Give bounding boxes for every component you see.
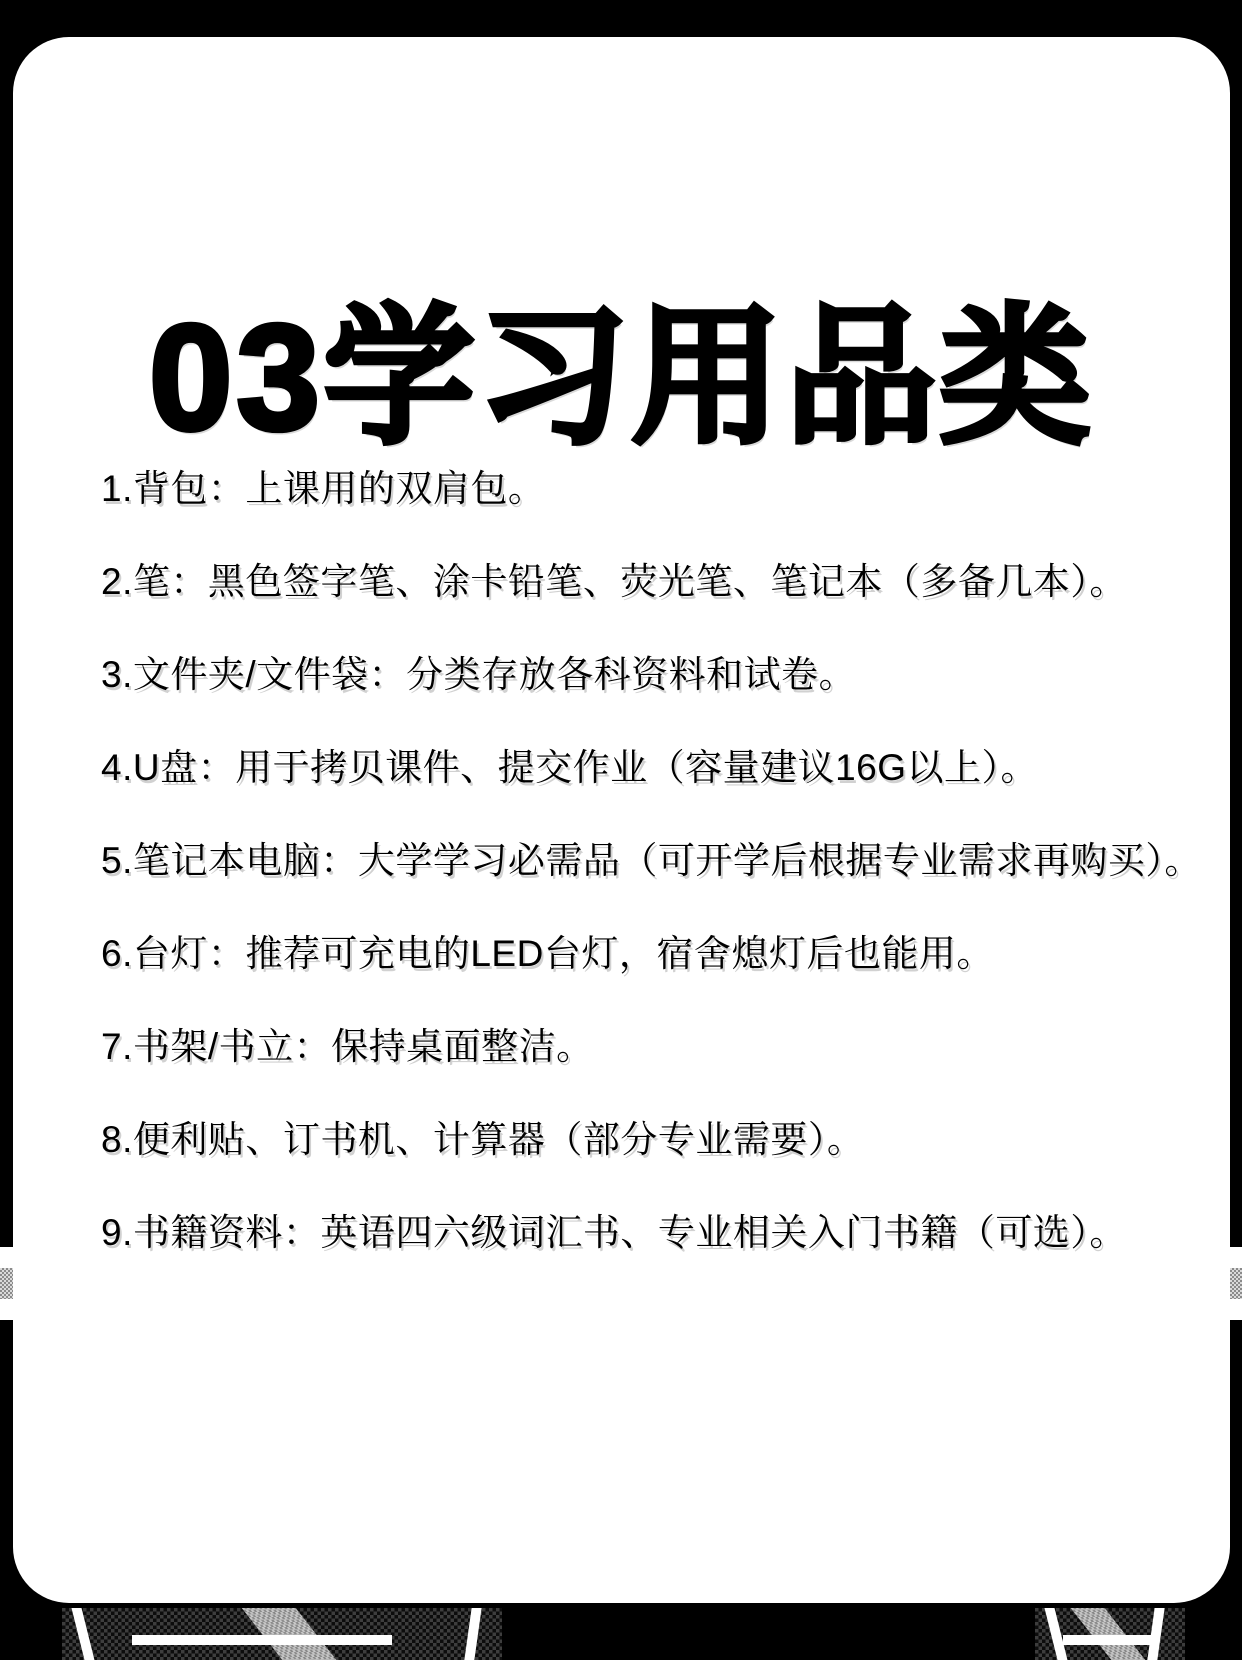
list-item-6: 6.台灯：推荐可充电的LED台灯，宿舍熄灯后也能用。 (101, 934, 1190, 974)
list-item-7: 7.书架/书立：保持桌面整洁。 (101, 1027, 1190, 1067)
list-item-5: 5.笔记本电脑：大学学习必需品（可开学后根据专业需求再购买）。 (101, 841, 1190, 881)
dither-texture (1230, 1268, 1242, 1299)
background-photo-fragment-bottom-left (62, 1608, 502, 1660)
list-item-9: 9.书籍资料：英语四六级词汇书、专业相关入门书籍（可选）。 (101, 1213, 1190, 1253)
list-item-1: 1.背包：上课用的双肩包。 (101, 469, 1190, 509)
background-photo-fragment-bottom-right (1035, 1608, 1185, 1660)
bottom-photo-strip (0, 1603, 1242, 1660)
list-item-3: 3.文件夹/文件袋：分类存放各科资料和试卷。 (101, 655, 1190, 695)
list-item-2: 2.笔：黑色签字笔、涂卡铅笔、荧光笔、笔记本（多备几本）。 (101, 562, 1190, 602)
supply-list: 1.背包：上课用的双肩包。 2.笔：黑色签字笔、涂卡铅笔、荧光笔、笔记本（多备几… (101, 469, 1190, 1306)
content-card: 03学习用品类 1.背包：上课用的双肩包。 2.笔：黑色签字笔、涂卡铅笔、荧光笔… (13, 37, 1230, 1603)
dither-texture (0, 1268, 13, 1299)
background-photo-fragment-right (1230, 1247, 1242, 1320)
page-background: 03学习用品类 1.背包：上课用的双肩包。 2.笔：黑色签字笔、涂卡铅笔、荧光笔… (0, 0, 1242, 1660)
photo-highlight-diagonal (1066, 1608, 1150, 1660)
photo-highlight-bar (132, 1635, 392, 1645)
list-item-4: 4.U盘：用于拷贝课件、提交作业（容量建议16G以上）。 (101, 748, 1190, 788)
photo-highlight-edge (1044, 1608, 1069, 1660)
photo-highlight-bar (1063, 1635, 1151, 1645)
list-item-8: 8.便利贴、订书机、计算器（部分专业需要）。 (101, 1120, 1190, 1160)
photo-highlight-diagonal (237, 1608, 341, 1660)
background-photo-fragment-left (0, 1247, 13, 1320)
photo-highlight-edge (464, 1608, 482, 1660)
page-title: 03学习用品类 (13, 296, 1230, 458)
photo-highlight-edge (71, 1608, 96, 1660)
photo-highlight-edge (1147, 1608, 1165, 1660)
